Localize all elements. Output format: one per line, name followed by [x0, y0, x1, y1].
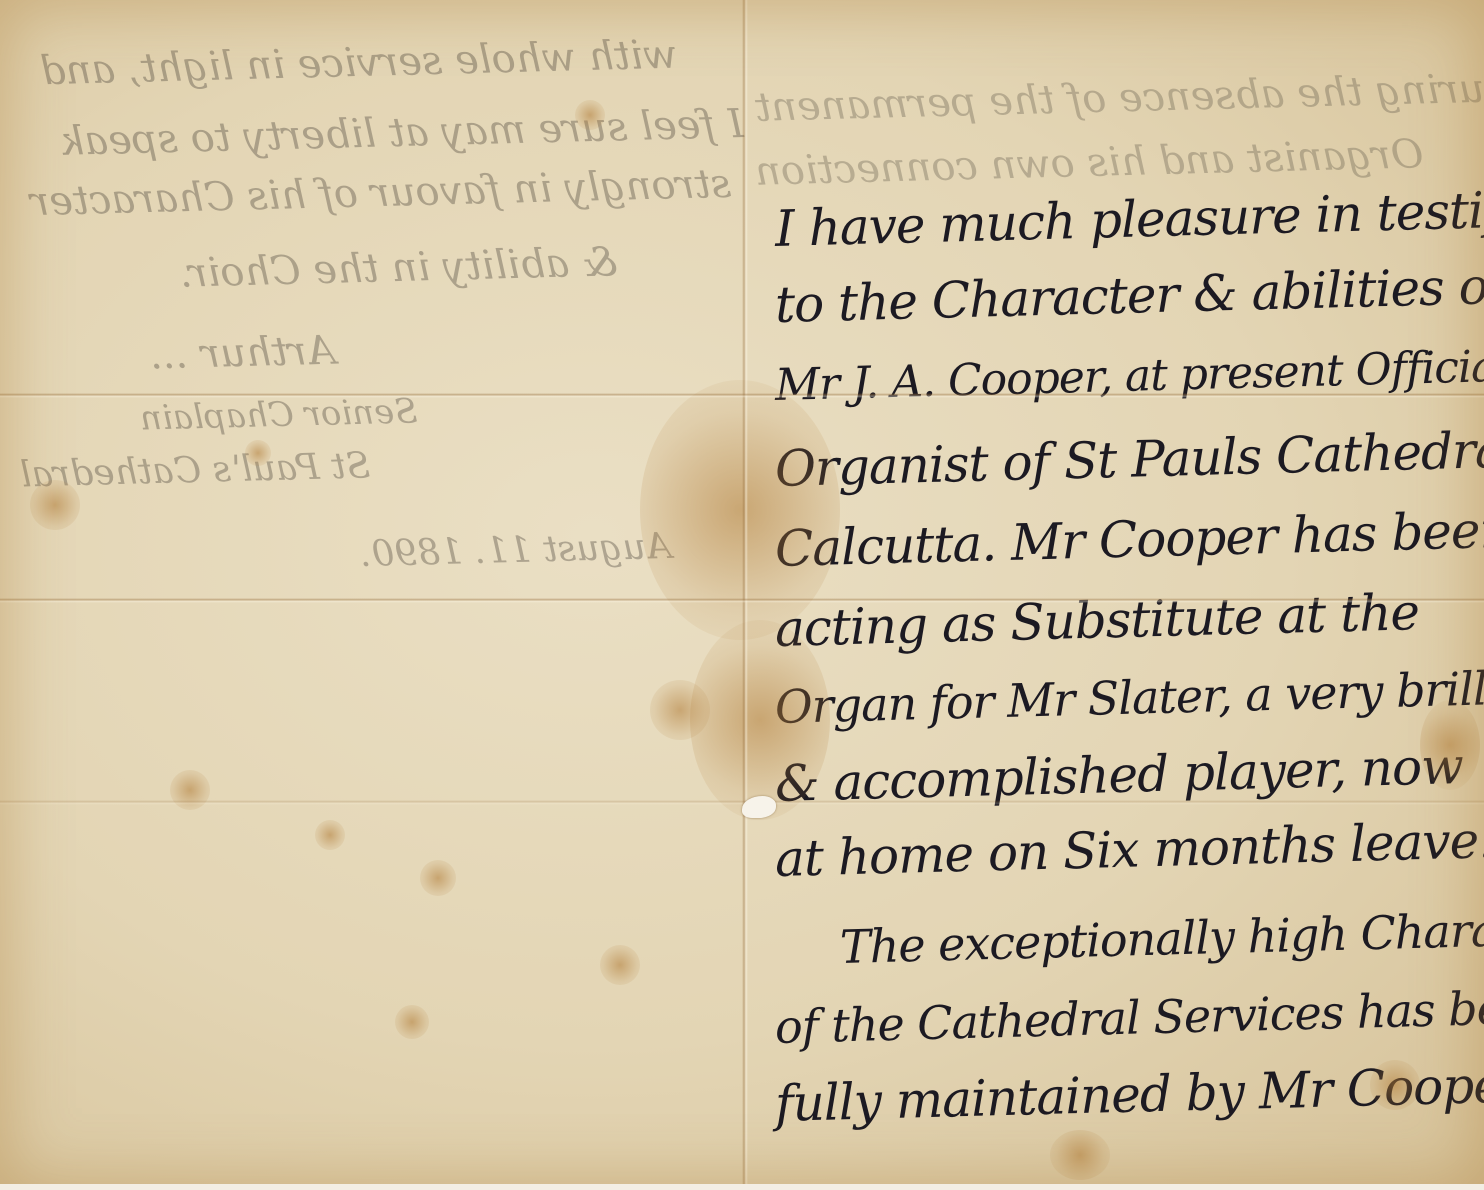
foxing-stain — [1370, 1060, 1420, 1110]
foxing-stain — [600, 945, 640, 985]
letter-line-7: Organ for Mr Slater, a very brilliant — [774, 659, 1484, 734]
letter-line-5: Calcutta. Mr Cooper has been — [774, 501, 1484, 578]
bleed-through-line: Senior Chaplain — [140, 391, 419, 438]
foxing-stain — [690, 620, 830, 820]
bleed-through-line: with whole service in light, and — [40, 32, 678, 95]
bleed-through-line: & ability in the Choir. — [179, 239, 618, 296]
foxing-stain — [315, 820, 345, 850]
letter-line-11: of the Cathedral Services has been — [774, 980, 1484, 1054]
foxing-stain — [650, 680, 710, 740]
letter-line-2: to the Character & abilities of — [774, 257, 1484, 334]
foxing-stain — [245, 440, 271, 466]
scan-border — [0, 1184, 1484, 1190]
letter-line-10: The exceptionally high Character — [839, 900, 1484, 974]
scanned-letter: with whole service in light, and I feel … — [0, 0, 1484, 1190]
bleed-through-line: during the absence of the permanent — [755, 65, 1484, 131]
bleed-through-line: I feel sure may at liberty to speak — [60, 101, 745, 165]
right-page: during the absence of the permanent Orga… — [745, 0, 1484, 1190]
foxing-stain — [1420, 700, 1480, 790]
letter-line-6: acting as Substitute at the — [774, 583, 1419, 658]
letter-line-4: Organist of St Pauls Cathedral — [774, 421, 1484, 498]
foxing-stain — [395, 1005, 429, 1039]
bleed-through-line: strongly in favour of his Character — [30, 161, 732, 225]
bleed-through-line: August 11. 1890. — [360, 526, 673, 575]
letter-line-9: at home on Six months leave. — [774, 811, 1484, 888]
horizontal-fold — [0, 393, 1484, 398]
horizontal-fold — [0, 598, 1484, 603]
letter-line-3: Mr J. A. Cooper, at present Officiating — [774, 339, 1484, 411]
center-fold — [742, 0, 748, 1190]
foxing-stain — [420, 860, 456, 896]
foxing-stain — [1050, 1130, 1110, 1180]
foxing-stain — [575, 100, 605, 130]
left-page: with whole service in light, and I feel … — [0, 0, 745, 1190]
foxing-stain — [30, 480, 80, 530]
bleed-through-line: Arthur ... — [149, 328, 336, 379]
paper-tear — [742, 796, 776, 818]
